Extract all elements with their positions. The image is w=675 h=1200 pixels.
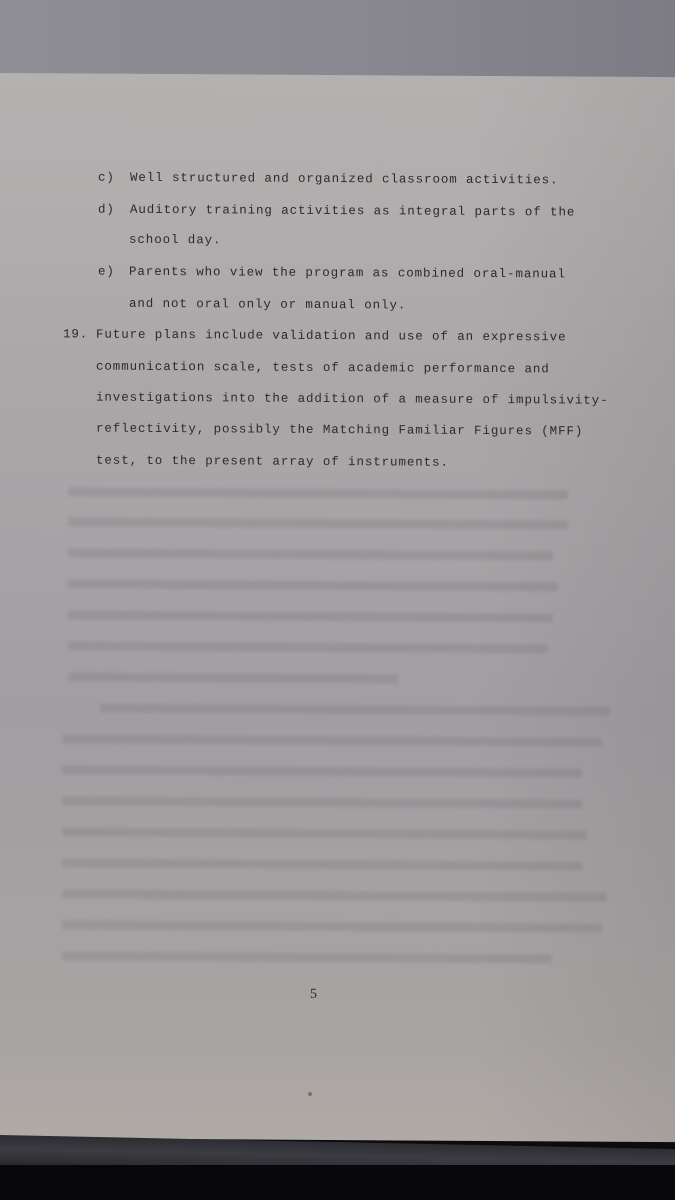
list-item-d-line-2: school day. xyxy=(129,233,221,248)
list-item-d-line-1: Auditory training activities as integral… xyxy=(130,203,575,220)
item-19-line-2: communication scale, tests of academic p… xyxy=(96,360,550,377)
list-item-e-line-2: and not oral only or manual only. xyxy=(129,297,406,313)
item-number-19: 19. xyxy=(63,327,88,341)
list-marker-c: c) xyxy=(98,171,115,185)
list-item-e-line-1: Parents who view the program as combined… xyxy=(129,265,566,282)
item-19-line-4: reflectivity, possibly the Matching Fami… xyxy=(96,422,583,439)
item-19-line-1: Future plans include validation and use … xyxy=(96,328,566,345)
list-marker-e: e) xyxy=(98,265,115,279)
item-19-line-3: investigations into the addition of a me… xyxy=(96,391,608,408)
list-marker-d: d) xyxy=(98,203,115,217)
dark-surface xyxy=(0,1165,675,1200)
document-page: c) Well structured and organized classro… xyxy=(0,73,675,1142)
item-19-line-5: test, to the present array of instrument… xyxy=(96,454,449,470)
page-number: 5 xyxy=(310,987,317,1003)
paper-stain xyxy=(308,1092,312,1096)
list-item-c-line-1: Well structured and organized classroom … xyxy=(130,171,558,188)
